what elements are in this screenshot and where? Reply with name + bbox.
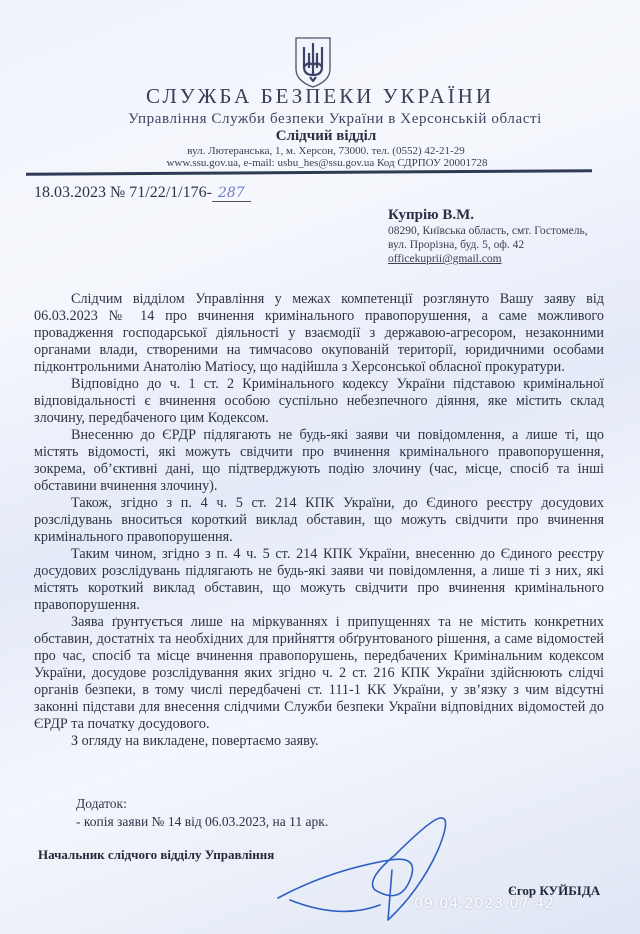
body-paragraph: Відповідно до ч. 1 ст. 2 Кримінального к… — [34, 376, 604, 427]
outgoing-number: 18.03.2023 № 71/22/1/176- — [34, 184, 212, 201]
body-paragraph: З огляду на викладене, повертаємо заяву. — [34, 733, 604, 750]
handwritten-number: 287 — [212, 185, 251, 202]
handwritten-signature-icon — [270, 810, 470, 934]
letter-page: СЛУЖБА БЕЗПЕКИ УКРАЇНИ Управління Служби… — [0, 0, 640, 934]
signer-position: Начальник слідчого відділу Управління — [38, 847, 274, 863]
recipient-email: officekuprii@gmail.com — [388, 252, 628, 266]
body-paragraph: Внесенню до ЄРДР підлягають не будь-які … — [34, 427, 604, 495]
outgoing-reference: 18.03.2023 № 71/22/1/176-287 — [34, 184, 251, 202]
organization-title: СЛУЖБА БЕЗПЕКИ УКРАЇНИ — [0, 84, 640, 109]
photo-timestamp: 09.04.2023 07:42 — [414, 896, 555, 912]
address-line: вул. Лютеранська, 1, м. Херсон, 73000. т… — [0, 145, 640, 157]
body-paragraph: Заява ґрунтується лише на міркуваннях і … — [34, 614, 604, 733]
recipient-name: Купрію В.М. — [388, 207, 628, 224]
letter-body: Слідчим відділом Управління у межах комп… — [34, 291, 604, 750]
trident-crest-icon — [293, 35, 333, 89]
contacts-line: www.ssu.gov.ua, e-mail: usbu_hes@ssu.gov… — [0, 157, 640, 169]
organization-subtitle: Управління Служби безпеки України в Херс… — [0, 111, 640, 128]
department-name: Слідчий відділ — [0, 128, 640, 145]
body-paragraph: Слідчим відділом Управління у межах комп… — [34, 291, 604, 376]
recipient-address-2: вул. Прорізна, буд. 5, оф. 42 — [388, 238, 628, 252]
recipient-address-1: 08290, Київська область, смт. Гостомель, — [388, 224, 628, 238]
body-paragraph: Також, згідно з п. 4 ч. 5 ст. 214 КПК Ук… — [34, 495, 604, 546]
recipient-block: Купрію В.М. 08290, Київська область, смт… — [388, 207, 628, 266]
header-divider — [26, 169, 592, 175]
body-paragraph: Таким чином, згідно з п. 4 ч. 5 ст. 214 … — [34, 546, 604, 614]
